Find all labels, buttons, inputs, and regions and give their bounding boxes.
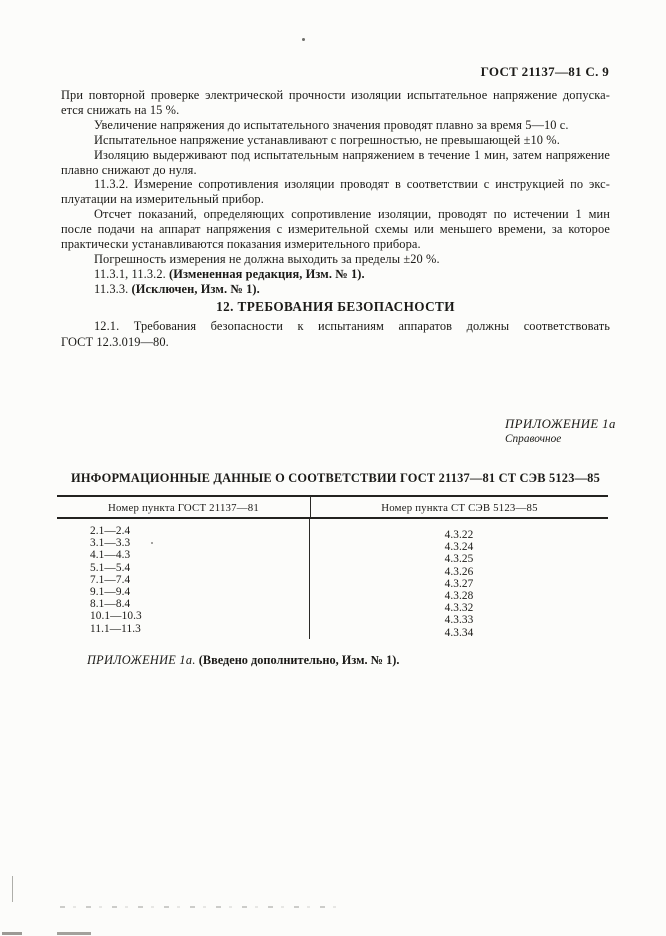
text-segment: 11.3.2. Измерение сопротивления изоляции… <box>94 177 610 191</box>
table-cell-sev: 4.3.33 <box>310 614 608 626</box>
table-body: 2.1—2.43.1—3.34.1—4.35.1—5.47.1—7.49.1—9… <box>57 519 608 639</box>
paragraph: При повторной проверке электрической про… <box>61 88 610 118</box>
paragraph: Отсчет показаний, определяющих сопротивл… <box>61 207 610 252</box>
table-cell-gost: 2.1—2.4 <box>90 525 309 537</box>
table-cell-gost: 11.1—11.3 <box>90 623 309 635</box>
paragraph: Изоляцию выдерживают под испытательным н… <box>61 148 610 178</box>
appendix-label: ПРИЛОЖЕНИЕ 1а Справочное <box>505 417 616 445</box>
text-segment: 12.1. Требования безопасности к испытани… <box>94 319 610 333</box>
text-segment: ется снижать на 15 %. <box>61 103 179 117</box>
table-cell-gost: 10.1—10.3 <box>90 610 309 622</box>
appendix-subtitle: Справочное <box>505 433 616 445</box>
text-segment: Испытательное напряжение устанавливают с… <box>94 133 560 147</box>
table-header-row: Номер пункта ГОСТ 21137—81 Номер пункта … <box>57 497 608 519</box>
text-line: ГОСТ 12.3.019—80. <box>61 335 610 351</box>
appendix-footnote: ПРИЛОЖЕНИЕ 1а. (Введено дополнительно, И… <box>87 653 399 668</box>
table-cell-gost: 9.1—9.4 <box>90 586 309 598</box>
table-column-gost: 2.1—2.43.1—3.34.1—4.35.1—5.47.1—7.49.1—9… <box>57 519 310 639</box>
paragraph: Испытательное напряжение устанавливают с… <box>61 133 610 148</box>
text-line: плавно снижают до нуля. <box>61 163 610 178</box>
paragraph: Увеличение напряжения до испытательного … <box>61 118 610 133</box>
scan-smudge <box>57 932 91 935</box>
table-cell-gost: 7.1—7.4 <box>90 574 309 586</box>
table-cell-sev: 4.3.28 <box>310 590 608 602</box>
text-segment: практически устанавливаются показания из… <box>61 237 421 251</box>
paragraph: 11.3.2. Измерение сопротивления изоляции… <box>61 177 610 207</box>
correspondence-table: Номер пункта ГОСТ 21137—81 Номер пункта … <box>57 495 608 639</box>
text-line: 12.1. Требования безопасности к испытани… <box>61 319 610 335</box>
text-line: Увеличение напряжения до испытательного … <box>61 118 610 133</box>
text-line: Погрешность измерения не должна выходить… <box>61 252 610 267</box>
text-segment: Отсчет показаний, определяющих сопротивл… <box>94 207 610 221</box>
table-cell-gost: 3.1—3.3 <box>90 537 309 549</box>
text-line: Изоляцию выдерживают под испытательным н… <box>61 148 610 163</box>
text-segment: 11.3.1, 11.3.2. <box>94 267 169 281</box>
text-line: плуатации на измерительный прибор. <box>61 192 610 207</box>
appendix-title: ПРИЛОЖЕНИЕ 1а <box>505 417 616 432</box>
table-cell-sev: 4.3.26 <box>310 566 608 578</box>
bold-text-segment: (Измененная редакция, Изм. № 1). <box>169 267 365 281</box>
text-segment: Погрешность измерения не должна выходить… <box>94 252 440 266</box>
scan-smudge <box>60 906 338 908</box>
table-cell-sev: 4.3.22 <box>310 529 608 541</box>
text-line: Испытательное напряжение устанавливают с… <box>61 133 610 148</box>
footnote-bold: (Введено дополнительно, Изм. № 1). <box>196 653 400 667</box>
scan-line-artifact <box>12 876 13 902</box>
section-text: 12.1. Требования безопасности к испытани… <box>61 319 610 350</box>
table-cell-sev: 4.3.34 <box>310 627 608 639</box>
text-line: 11.3.2. Измерение сопротивления изоляции… <box>61 177 610 192</box>
paragraph: 11.3.3. (Исключен, Изм. № 1). <box>61 282 610 297</box>
paragraph: 11.3.1, 11.3.2. (Измененная редакция, Из… <box>61 267 610 282</box>
text-segment: Изоляцию выдерживают под испытательным н… <box>94 148 610 162</box>
text-segment: 11.3.3. <box>94 282 132 296</box>
text-segment: плуатации на измерительный прибор. <box>61 192 264 206</box>
text-line: При повторной проверке электрической про… <box>61 88 610 103</box>
table-cell-gost: 4.1—4.3 <box>90 549 309 561</box>
text-segment: плавно снижают до нуля. <box>61 163 197 177</box>
section-heading: 12. ТРЕБОВАНИЯ БЕЗОПАСНОСТИ <box>61 299 610 315</box>
body-text: При повторной проверке электрической про… <box>61 88 610 297</box>
table-header-gost: Номер пункта ГОСТ 21137—81 <box>57 496 311 518</box>
table-column-sev: 4.3.224.3.244.3.254.3.264.3.274.3.284.3.… <box>310 519 608 639</box>
page-header: ГОСТ 21137—81 С. 9 <box>481 64 609 80</box>
text-line: 11.3.3. (Исключен, Изм. № 1). <box>61 282 610 297</box>
paragraph: 12.1. Требования безопасности к испытани… <box>61 319 610 350</box>
text-line: Отсчет показаний, определяющих сопротивл… <box>61 207 610 222</box>
scan-smudge <box>2 932 22 935</box>
table-cell-sev: 4.3.24 <box>310 541 608 553</box>
table-cell-sev: 4.3.32 <box>310 602 608 614</box>
text-segment: Увеличение напряжения до испытательного … <box>94 118 569 132</box>
table-cell-sev: 4.3.27 <box>310 578 608 590</box>
table-cell-gost: 5.1—5.4 <box>90 562 309 574</box>
text-line: 11.3.1, 11.3.2. (Измененная редакция, Из… <box>61 267 610 282</box>
document-page: ГОСТ 21137—81 С. 9 При повторной проверк… <box>0 0 666 936</box>
footnote-italic: ПРИЛОЖЕНИЕ 1а. <box>87 653 196 667</box>
table-header-sev: Номер пункта СТ СЭВ 5123—85 <box>311 500 608 514</box>
text-line: практически устанавливаются показания из… <box>61 237 610 252</box>
text-segment: При повторной проверке электрической про… <box>61 88 610 102</box>
paragraph: Погрешность измерения не должна выходить… <box>61 252 610 267</box>
table-cell-sev: 4.3.25 <box>310 553 608 565</box>
text-line: после подачи на аппарат напряжения с изм… <box>61 222 610 237</box>
table-cell-gost: 8.1—8.4 <box>90 598 309 610</box>
text-line: ется снижать на 15 %. <box>61 103 610 118</box>
scan-speck <box>302 38 305 41</box>
text-segment: после подачи на аппарат напряжения с изм… <box>61 222 610 236</box>
bold-text-segment: (Исключен, Изм. № 1). <box>132 282 260 296</box>
text-segment: ГОСТ 12.3.019—80. <box>61 335 169 349</box>
table-title: ИНФОРМАЦИОННЫЕ ДАННЫЕ О СООТВЕТСТВИИ ГОС… <box>61 471 610 486</box>
